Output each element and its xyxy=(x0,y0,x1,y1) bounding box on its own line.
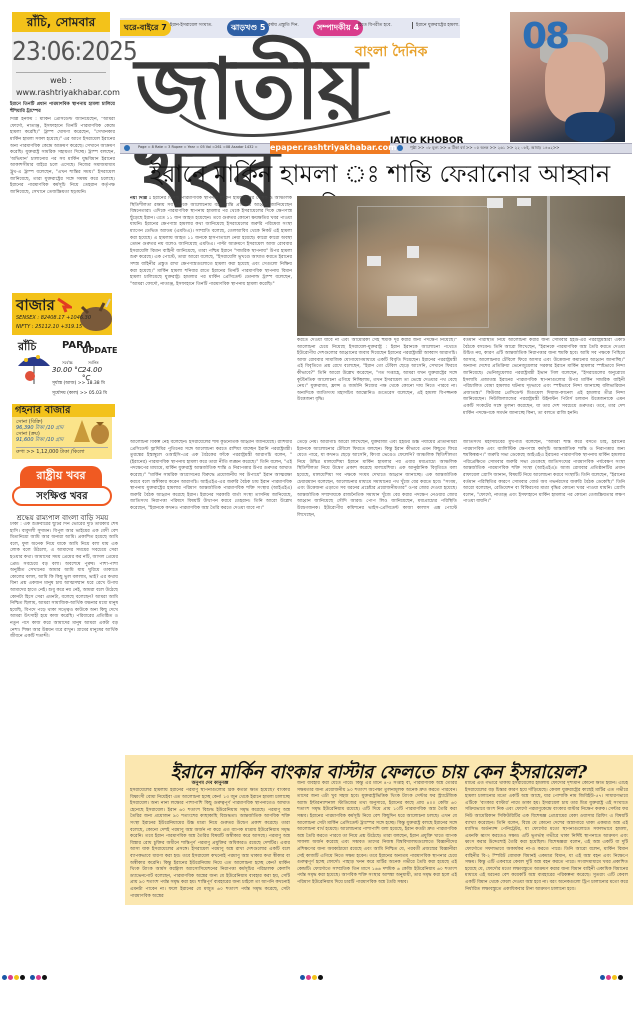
arrow-down-icon xyxy=(56,297,72,313)
dateline: নয়া দিল্লি : xyxy=(130,196,151,201)
jewellery-market-box: গহনার বাজার সোনা (বিক্রি) 96,390 টাকা /1… xyxy=(12,404,112,459)
lead-photo: 08 xyxy=(510,12,625,142)
feature-col2: জন্য ব্যবহার করা যেতে পারে। কিন্তু এর মা… xyxy=(297,781,457,900)
rashtriya-label: রাষ্ট্রীয় খবর xyxy=(20,466,102,486)
section-strip: ঘরে-বাইরে 7 ইরান-ইসরায়েল সংঘাত. ঝাড়খণ্… xyxy=(120,18,460,38)
lead-brief: ইরানে তিনটি প্রধান পারমাণবিক স্থাপনায় হ… xyxy=(10,102,115,292)
road xyxy=(547,196,550,336)
tag-text-4: ইরানে যুক্তরাষ্ট্রের হামলা. xyxy=(412,22,460,29)
gold-bag-icon xyxy=(70,412,110,446)
website-link[interactable]: web : www.rashtriyakhabar.com xyxy=(16,72,106,99)
national-news-banner: রাষ্ট্রীয় খবর সংক্ষিপ্ত খবর xyxy=(12,466,112,510)
main-story-col1-text: ইরানের তিনটি পারমাণবিক স্থাপনায় মার্কিন… xyxy=(130,196,292,287)
main-story-lower-col3: জাতিসংঘ মহাসচিবের মুখপাত্র বলেছেন, "আমরা… xyxy=(463,440,625,752)
building xyxy=(367,256,381,266)
tag-text-3: হিতে বিপরীত হবে. xyxy=(358,22,392,29)
main-story-col2: করতে দেওয়া যাবে না এবং আমেরিকা সেই হুমক… xyxy=(297,338,457,438)
building xyxy=(517,198,531,206)
sensex-value: SENSEX : 82408.17 +1046.30 xyxy=(16,315,91,321)
satellite-image xyxy=(297,196,625,336)
feature-byline: অনুপম দেব কানুনজ্ঞ xyxy=(130,781,290,788)
tag-text-2: বর্ষায় প্রস্তুতি দিন. xyxy=(268,22,299,29)
main-story-lower-col2: তেড়ে নেয়। আরাগচি আরো লিখেছেন, যুক্তরাজ… xyxy=(297,440,457,752)
building xyxy=(407,246,419,258)
tag-jharkhand[interactable]: ঝাড়খণ্ড 5 xyxy=(227,20,269,36)
info-right: পৃষ্ঠা >> ০৮ মূল্য >> ৩ টিকা বর্ষ >> ০৫ … xyxy=(410,145,560,152)
silver-value: রুপা >> 1,12,000 টাকা /কিলো xyxy=(16,447,108,457)
masthead: বাংলা দৈনিক জাতীয় খবর JATIO KHOBOR BANG… xyxy=(125,40,465,140)
max-temp: 30.00 °C xyxy=(52,366,83,374)
tag-sampadakiya[interactable]: সম্পাদকীয় 4 xyxy=(313,20,363,36)
epaper-link[interactable]: epaper.rashtriyakhabar.com xyxy=(270,141,390,154)
building xyxy=(387,296,417,316)
feature-col3: মাটির এত গভীরে থাকায় ইসরায়েলের হামলায়… xyxy=(465,781,628,900)
building xyxy=(487,198,503,208)
date-box: 23:06:2025 web : www.rashtriyakhabar.com xyxy=(12,32,110,100)
info-bar: Page = 8 Rate = 3 Rupee = Year = 05 Vol … xyxy=(120,143,632,154)
nifty-value: NIFTY : 25112.10 +319.15 xyxy=(16,324,82,330)
day-label: রাঁচি, সোমবার xyxy=(12,12,110,32)
feature-col1: ইসরায়েলের হামলায় ইরানের পরমাণু স্থাপনা… xyxy=(130,788,290,900)
weather-subtitle: UPDATE xyxy=(82,346,118,355)
feature-box: ইরানে মার্কিন বাংকার বাস্টার ফেলতে চায় … xyxy=(125,755,633,905)
tag-text-1: ইরান-ইসরায়েল সংঘাত. xyxy=(170,22,213,29)
lead-brief-headline: ইরানে তিনটি প্রধান পারমাণবিক স্থাপনায় হ… xyxy=(10,102,115,115)
microphone-icon xyxy=(565,112,615,142)
page-badge: 08 xyxy=(522,16,568,57)
lead-brief-text: দিল্লি ইনফর্ম : মার্কিন প্রেসিডেন্ট জানি… xyxy=(10,117,115,292)
facility-outline xyxy=(357,206,489,328)
tag-ghore-baire[interactable]: ঘরে-বাইরে 7 xyxy=(120,20,171,36)
registration-marks xyxy=(0,975,640,985)
main-story-lower-col1: আলোচনা বিকল্প নেই বলেছেন। ইসরায়েলের শীর… xyxy=(130,440,292,752)
gold-value-2: 91,600 টাকা /10 গ্রাম xyxy=(16,437,63,445)
weather-box: রাঁচি PARA UPDATE সর্বোচ্চ সর্বনিম্ন 30.… xyxy=(12,338,112,404)
bullet-icon xyxy=(397,145,403,151)
main-story-col3: বর্তমান পরিস্থিতি নিয়ে আলোচনা করার জন্য… xyxy=(463,338,625,438)
sunrise-time: সূর্যোদয় (কাল) >> 05.03 মি xyxy=(52,390,107,397)
stock-market-box: বাজার SENSEX : 82408.17 +1046.30 NIFTY :… xyxy=(12,293,112,335)
umbrella-icon xyxy=(16,350,52,390)
main-story-col1: নয়া দিল্লি : ইরানের তিনটি পারমাণবিক স্থ… xyxy=(130,196,292,436)
swoosh-icon xyxy=(175,110,395,140)
brief-news-label: সংক্ষিপ্ত খবর xyxy=(12,486,112,506)
sunset-time: সূর্যাস্ত (আজ) >> 18.38 মি xyxy=(52,380,105,387)
bullet-icon xyxy=(124,145,130,151)
info-left: Page = 8 Rate = 3 Rupee = Year = 05 Vol … xyxy=(138,145,258,149)
brief-text: ঢাকা : এক শুক্রবারের ছুটির দিন ভোরের দুট… xyxy=(10,522,118,972)
date: 23:06:2025 xyxy=(12,32,110,72)
